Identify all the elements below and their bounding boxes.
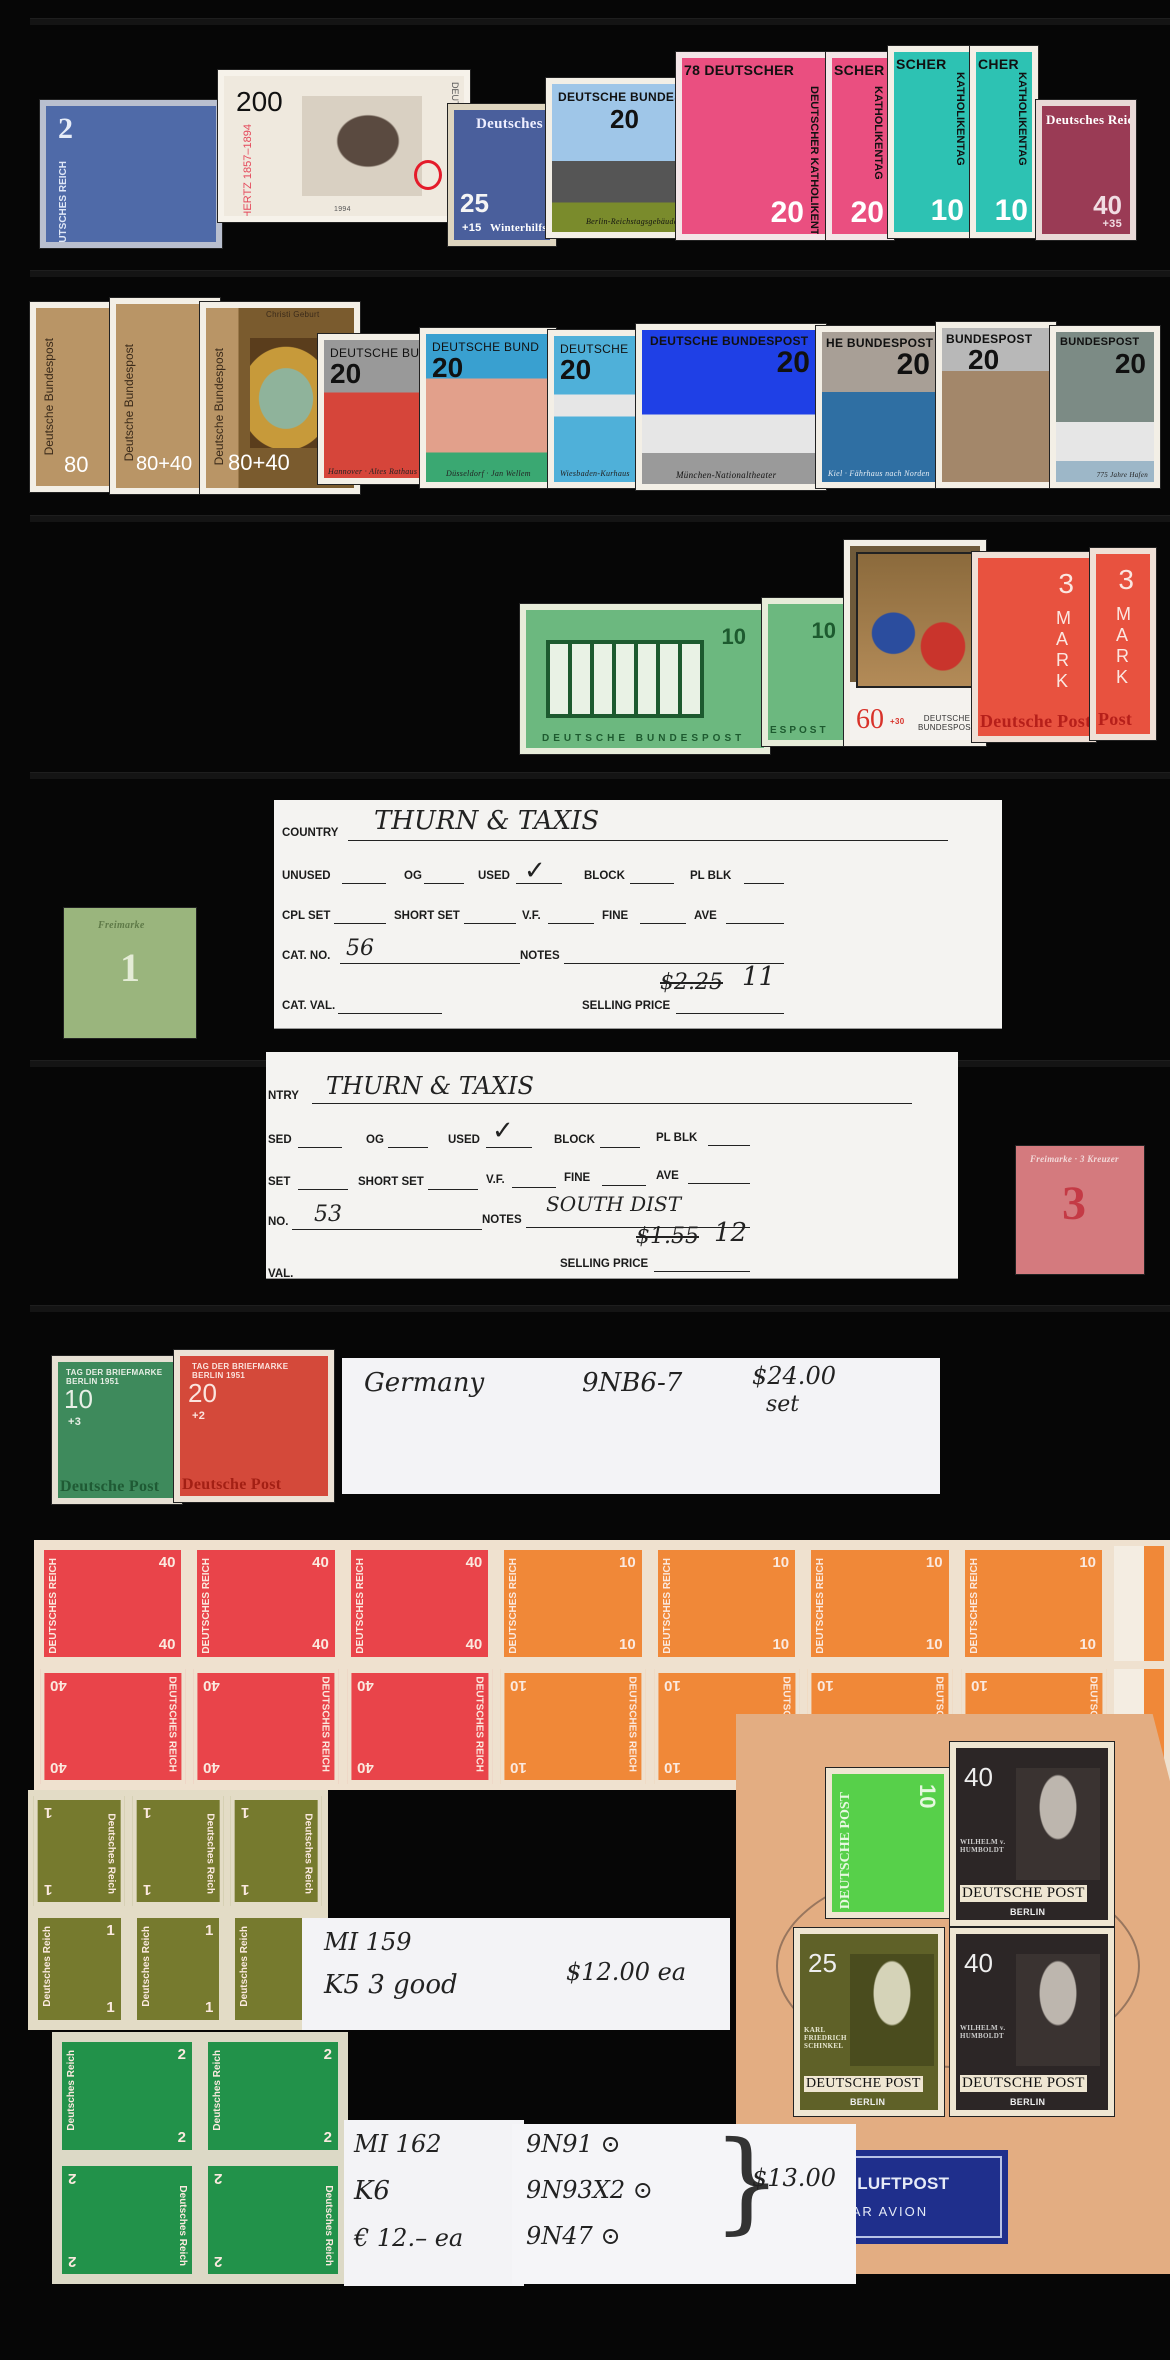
olive-infla-stamp[interactable]: 11Deutsches Reich bbox=[133, 1914, 224, 2024]
country-value: THURN & TAXIS bbox=[326, 1072, 534, 1100]
album-strip bbox=[30, 772, 1170, 779]
thurn-taxis-1-kreuzer-stamp[interactable]: 1 Freimarke bbox=[64, 908, 196, 1038]
germania-stamp[interactable]: 4040DEUTSCHES REICH bbox=[193, 1546, 338, 1661]
stamp-value: 10 bbox=[772, 1554, 789, 1571]
sheet-margin bbox=[1114, 1546, 1164, 1661]
stamp-value: 2 bbox=[324, 2129, 332, 2146]
used-checkmark: ✓ bbox=[492, 1116, 514, 1146]
stamp-value: 10 bbox=[772, 1636, 789, 1653]
old-price: $2.25 bbox=[660, 970, 723, 995]
germania-stamp[interactable]: 4040DEUTSCHES REICH bbox=[347, 1669, 492, 1784]
germania-stamp[interactable]: 4040DEUTSCHES REICH bbox=[40, 1669, 185, 1784]
germania-stamp[interactable]: 1010DEUTSCHES REICH bbox=[961, 1546, 1106, 1661]
stamp-value: 1 bbox=[143, 1804, 151, 1821]
stamp-value: 40 bbox=[312, 1554, 329, 1571]
stamp-caption: DEUTSCHES REICH bbox=[473, 1676, 484, 1772]
germania-stamp[interactable]: 1010DEUTSCHES REICH bbox=[500, 1669, 645, 1784]
green-infla-stamp[interactable]: 22Deutsches Reich bbox=[204, 2162, 342, 2278]
olive-infla-stamp[interactable]: 11Deutsches Reich bbox=[34, 1796, 125, 1906]
stamp-value: 2 bbox=[324, 2046, 332, 2063]
stamp-value: 10 bbox=[664, 1759, 681, 1776]
stamp-value: 40 bbox=[159, 1636, 176, 1653]
stamp-value: 40 bbox=[203, 1759, 220, 1776]
album-strip bbox=[30, 1305, 1170, 1312]
stamp-value: 10 bbox=[664, 1677, 681, 1694]
stamp-value: 2 bbox=[214, 2253, 222, 2270]
stamp-caption: Deutsches Reich bbox=[42, 1926, 53, 2007]
germania-stamp[interactable]: 4040DEUTSCHES REICH bbox=[40, 1546, 185, 1661]
stamp[interactable]: Deutsches Reich 40 +35 bbox=[1036, 100, 1136, 240]
stamp[interactable]: DEUTSCHE BU 20 Hannover · Altes Rathaus bbox=[318, 334, 430, 484]
stamp-value: 1 bbox=[205, 1922, 213, 1939]
portrait-image bbox=[850, 1954, 934, 2066]
stamp-value: 40 bbox=[159, 1554, 176, 1571]
berlin-40pf-humboldt-stamp[interactable]: 40 WILHELM v. HUMBOLDT DEUTSCHE POST BER… bbox=[950, 1928, 1114, 2116]
stamp[interactable]: BUNDESPOST 20 bbox=[936, 322, 1056, 488]
olive-grid: 11Deutsches Reich11Deutsches Reich11Deut… bbox=[34, 1796, 322, 2024]
green-infla-stamp[interactable]: 22Deutsches Reich bbox=[58, 2038, 196, 2154]
catalog-number: 56 bbox=[346, 936, 374, 961]
stamp-caption: DEUTSCHES REICH bbox=[355, 1558, 366, 1654]
stamp[interactable]: 78 DEUTSCHER DEUTSCHER KATHOLIKENTAG 20 bbox=[676, 52, 832, 240]
olive-stamp-block[interactable]: 11Deutsches Reich11Deutsches Reich11Deut… bbox=[28, 1790, 328, 2030]
album-strip bbox=[30, 515, 1170, 522]
stamp-value: 40 bbox=[203, 1677, 220, 1694]
green-grid: 22Deutsches Reich22Deutsches Reich22Deut… bbox=[58, 2038, 342, 2278]
stamp-value: 40 bbox=[312, 1636, 329, 1653]
stamp-value: 2 bbox=[214, 2170, 222, 2187]
stamp-value: 10 bbox=[619, 1554, 636, 1571]
stamp-caption: Deutsches Reich bbox=[204, 1813, 215, 1894]
germania-stamp[interactable]: 1010DEUTSCHES REICH bbox=[654, 1546, 799, 1661]
9n-catalog-note: 9N91 ⊙ 9N93X2 ⊙ 9N47 ⊙ } $13.00 bbox=[512, 2124, 856, 2284]
stamp[interactable]: DEUTSCHE 20 Wiesbaden-Kurhaus bbox=[548, 330, 648, 488]
mi-159-note: MI 159 K5 3 good $12.00 ea bbox=[302, 1918, 730, 2030]
stamp[interactable]: 10 ESPOST bbox=[762, 598, 852, 746]
stamp-caption: DEUTSCHES REICH bbox=[48, 1558, 59, 1654]
stamp-caption: DEUTSCHES REICH bbox=[201, 1558, 212, 1654]
red-cancel-circle bbox=[414, 160, 442, 190]
stamp-value: 10 bbox=[510, 1677, 527, 1694]
stamp-caption: Deutsches Reich bbox=[141, 1926, 152, 2007]
stamp-value: 40 bbox=[357, 1677, 374, 1694]
stamp-value: 40 bbox=[50, 1759, 67, 1776]
germania-stamp[interactable]: 1010DEUTSCHES REICH bbox=[807, 1546, 952, 1661]
stamp[interactable]: HE BUNDESPOST 20 Kiel · Fährhaus nach No… bbox=[816, 326, 942, 488]
thurn-taxis-3-kreuzer-stamp[interactable]: 3 Freimarke · 3 Kreuzer bbox=[1016, 1146, 1144, 1274]
stamp-caption: Deutsches Reich bbox=[66, 2050, 77, 2131]
stamp-caption: DEUTSCHES REICH bbox=[320, 1676, 331, 1772]
stamp-value: 1 bbox=[44, 1804, 52, 1821]
used-checkmark: ✓ bbox=[524, 856, 546, 886]
portrait-image bbox=[302, 96, 422, 196]
stamp[interactable]: DEUTSCHE BUNDESPOST 20 München-Nationalt… bbox=[636, 324, 826, 490]
stamp-value: 10 bbox=[619, 1636, 636, 1653]
stamp-value: 1 bbox=[106, 1922, 114, 1939]
album-strip bbox=[30, 18, 1170, 25]
stamp-value: 1 bbox=[143, 1881, 151, 1898]
portrait-image bbox=[1016, 1954, 1100, 2066]
germania-stamp[interactable]: 4040DEUTSCHES REICH bbox=[193, 1669, 338, 1784]
stamp-value: 2 bbox=[68, 2170, 76, 2187]
olive-infla-stamp[interactable]: 11Deutsches Reich bbox=[133, 1796, 224, 1906]
stamp-caption: Deutsches Reich bbox=[106, 1813, 117, 1894]
stamp-caption: DEUTSCHES REICH bbox=[969, 1558, 980, 1654]
germania-stamp[interactable]: 4040DEUTSCHES REICH bbox=[347, 1546, 492, 1661]
nativity-image bbox=[856, 552, 978, 688]
stamp-value: 2 bbox=[178, 2129, 186, 2146]
stamp-value: 10 bbox=[971, 1677, 988, 1694]
berlin-40pf-humboldt-stamp[interactable]: 40 WILHELM v. HUMBOLDT DEUTSCHE POST BER… bbox=[950, 1742, 1114, 1926]
germania-stamp[interactable]: 1010DEUTSCHES REICH bbox=[500, 1546, 645, 1661]
price-card-1: COUNTRY THURN & TAXIS UNUSED OG USED ✓ B… bbox=[274, 800, 1002, 1028]
stamp[interactable]: 2 DEUTSCHES REICH bbox=[40, 100, 222, 248]
catalog-number: 53 bbox=[314, 1202, 342, 1227]
stamp-value: 2 bbox=[178, 2046, 186, 2063]
berlin-10pf-stamp[interactable]: DEUTSCHE POST 10 bbox=[826, 1768, 950, 1918]
stamp[interactable]: TAG DER BRIEFMARKE BERLIN 1951 20 +2 Deu… bbox=[174, 1350, 334, 1502]
price-card-2: NTRY THURN & TAXIS SED OG USED ✓ BLOCK P… bbox=[266, 1052, 958, 1278]
stamp-value: 10 bbox=[1079, 1554, 1096, 1571]
stamp[interactable]: SCHER KATHOLIKENTAG 20 bbox=[826, 52, 894, 240]
green-stamp-block[interactable]: 22Deutsches Reich22Deutsches Reich22Deut… bbox=[52, 2032, 348, 2284]
album-strip bbox=[30, 270, 1170, 277]
berlin-25pf-schinkel-stamp[interactable]: 25 KARL FRIEDRICH SCHINKEL DEUTSCHE POST… bbox=[794, 1928, 944, 2116]
country-value: THURN & TAXIS bbox=[374, 806, 599, 836]
old-price: $1.55 bbox=[636, 1224, 699, 1249]
stamp-caption: DEUTSCHES REICH bbox=[815, 1558, 826, 1654]
stamp-caption: Deutsches Reich bbox=[323, 2185, 334, 2266]
stamp-value: 10 bbox=[926, 1554, 943, 1571]
olive-infla-stamp[interactable]: 11Deutsches Reich bbox=[34, 1914, 125, 2024]
europa-building-image bbox=[546, 640, 704, 718]
notes-value: SOUTH DIST bbox=[546, 1192, 681, 1216]
stamp-value: 40 bbox=[466, 1636, 483, 1653]
stamp-caption: DEUTSCHES REICH bbox=[508, 1558, 519, 1654]
stamp-value: 1 bbox=[205, 1999, 213, 2016]
stamp[interactable]: BUNDESPOST 20 775 Jahre Hafen bbox=[1050, 326, 1160, 488]
stamp[interactable]: 60 +30 DEUTSCHE BUNDESPOST bbox=[844, 540, 986, 746]
stamp-value: 40 bbox=[357, 1759, 374, 1776]
green-infla-stamp[interactable]: 22Deutsches Reich bbox=[204, 2038, 342, 2154]
stamp-value: 2 bbox=[68, 2253, 76, 2270]
stamp-value: 10 bbox=[1079, 1636, 1096, 1653]
stamp-caption: DEUTSCHES REICH bbox=[166, 1676, 177, 1772]
stamp-caption: DEUTSCHES REICH bbox=[627, 1676, 638, 1772]
stamp-value: 1 bbox=[106, 1999, 114, 2016]
stamp[interactable]: SCHER KATHOLIKENTAG 10 bbox=[888, 46, 976, 238]
stamp[interactable]: 200 HEINRICH HERTZ 1857–1894 DEUTSCHE BU… bbox=[218, 70, 470, 222]
mi-162-note: MI 162 K6 € 12.– ea bbox=[344, 2120, 524, 2286]
green-infla-stamp[interactable]: 22Deutsches Reich bbox=[58, 2162, 196, 2278]
germany-set-note: Germany 9NB6-7 $24.00 set bbox=[342, 1358, 940, 1494]
stamp-caption: Deutsches Reich bbox=[212, 2050, 223, 2131]
stamp[interactable]: TAG DER BRIEFMARKE BERLIN 1951 10 +3 Deu… bbox=[52, 1356, 182, 1504]
stamp-value: 1 bbox=[241, 1804, 249, 1821]
stamp-caption: Deutsches Reich bbox=[177, 2185, 188, 2266]
stamp[interactable]: Deutsches Reich 25 +15 Winterhilfswerk bbox=[448, 104, 556, 246]
stamp[interactable]: 3 MARK Deutsche Post bbox=[972, 552, 1096, 742]
new-price: 12 bbox=[714, 1218, 747, 1248]
stamp-value: 1 bbox=[241, 1881, 249, 1898]
stamp[interactable]: CHER KATHOLIKENTAG 10 bbox=[970, 46, 1038, 238]
stamp-value: 10 bbox=[926, 1636, 943, 1653]
stamp-caption: Deutsches Reich bbox=[303, 1813, 314, 1894]
stamp[interactable]: 10 DEUTSCHE BUNDESPOST bbox=[520, 604, 770, 754]
stamp-value: 40 bbox=[466, 1554, 483, 1571]
stamp[interactable]: DEUTSCHE BUND 20 Düsseldorf · Jan Wellem bbox=[420, 328, 556, 488]
stamp-value: 40 bbox=[50, 1677, 67, 1694]
new-price: 11 bbox=[742, 962, 775, 992]
stamp-value: 1 bbox=[44, 1881, 52, 1898]
stamp-caption: Deutsches Reich bbox=[239, 1926, 250, 2007]
stamp-value: 10 bbox=[510, 1759, 527, 1776]
stamp-caption: DEUTSCHES REICH bbox=[662, 1558, 673, 1654]
portrait-image bbox=[1016, 1768, 1100, 1880]
stamp[interactable]: 3 MARK Post bbox=[1090, 548, 1156, 740]
olive-infla-stamp[interactable]: 11Deutsches Reich bbox=[231, 1796, 322, 1906]
stamp-value: 10 bbox=[817, 1677, 834, 1694]
